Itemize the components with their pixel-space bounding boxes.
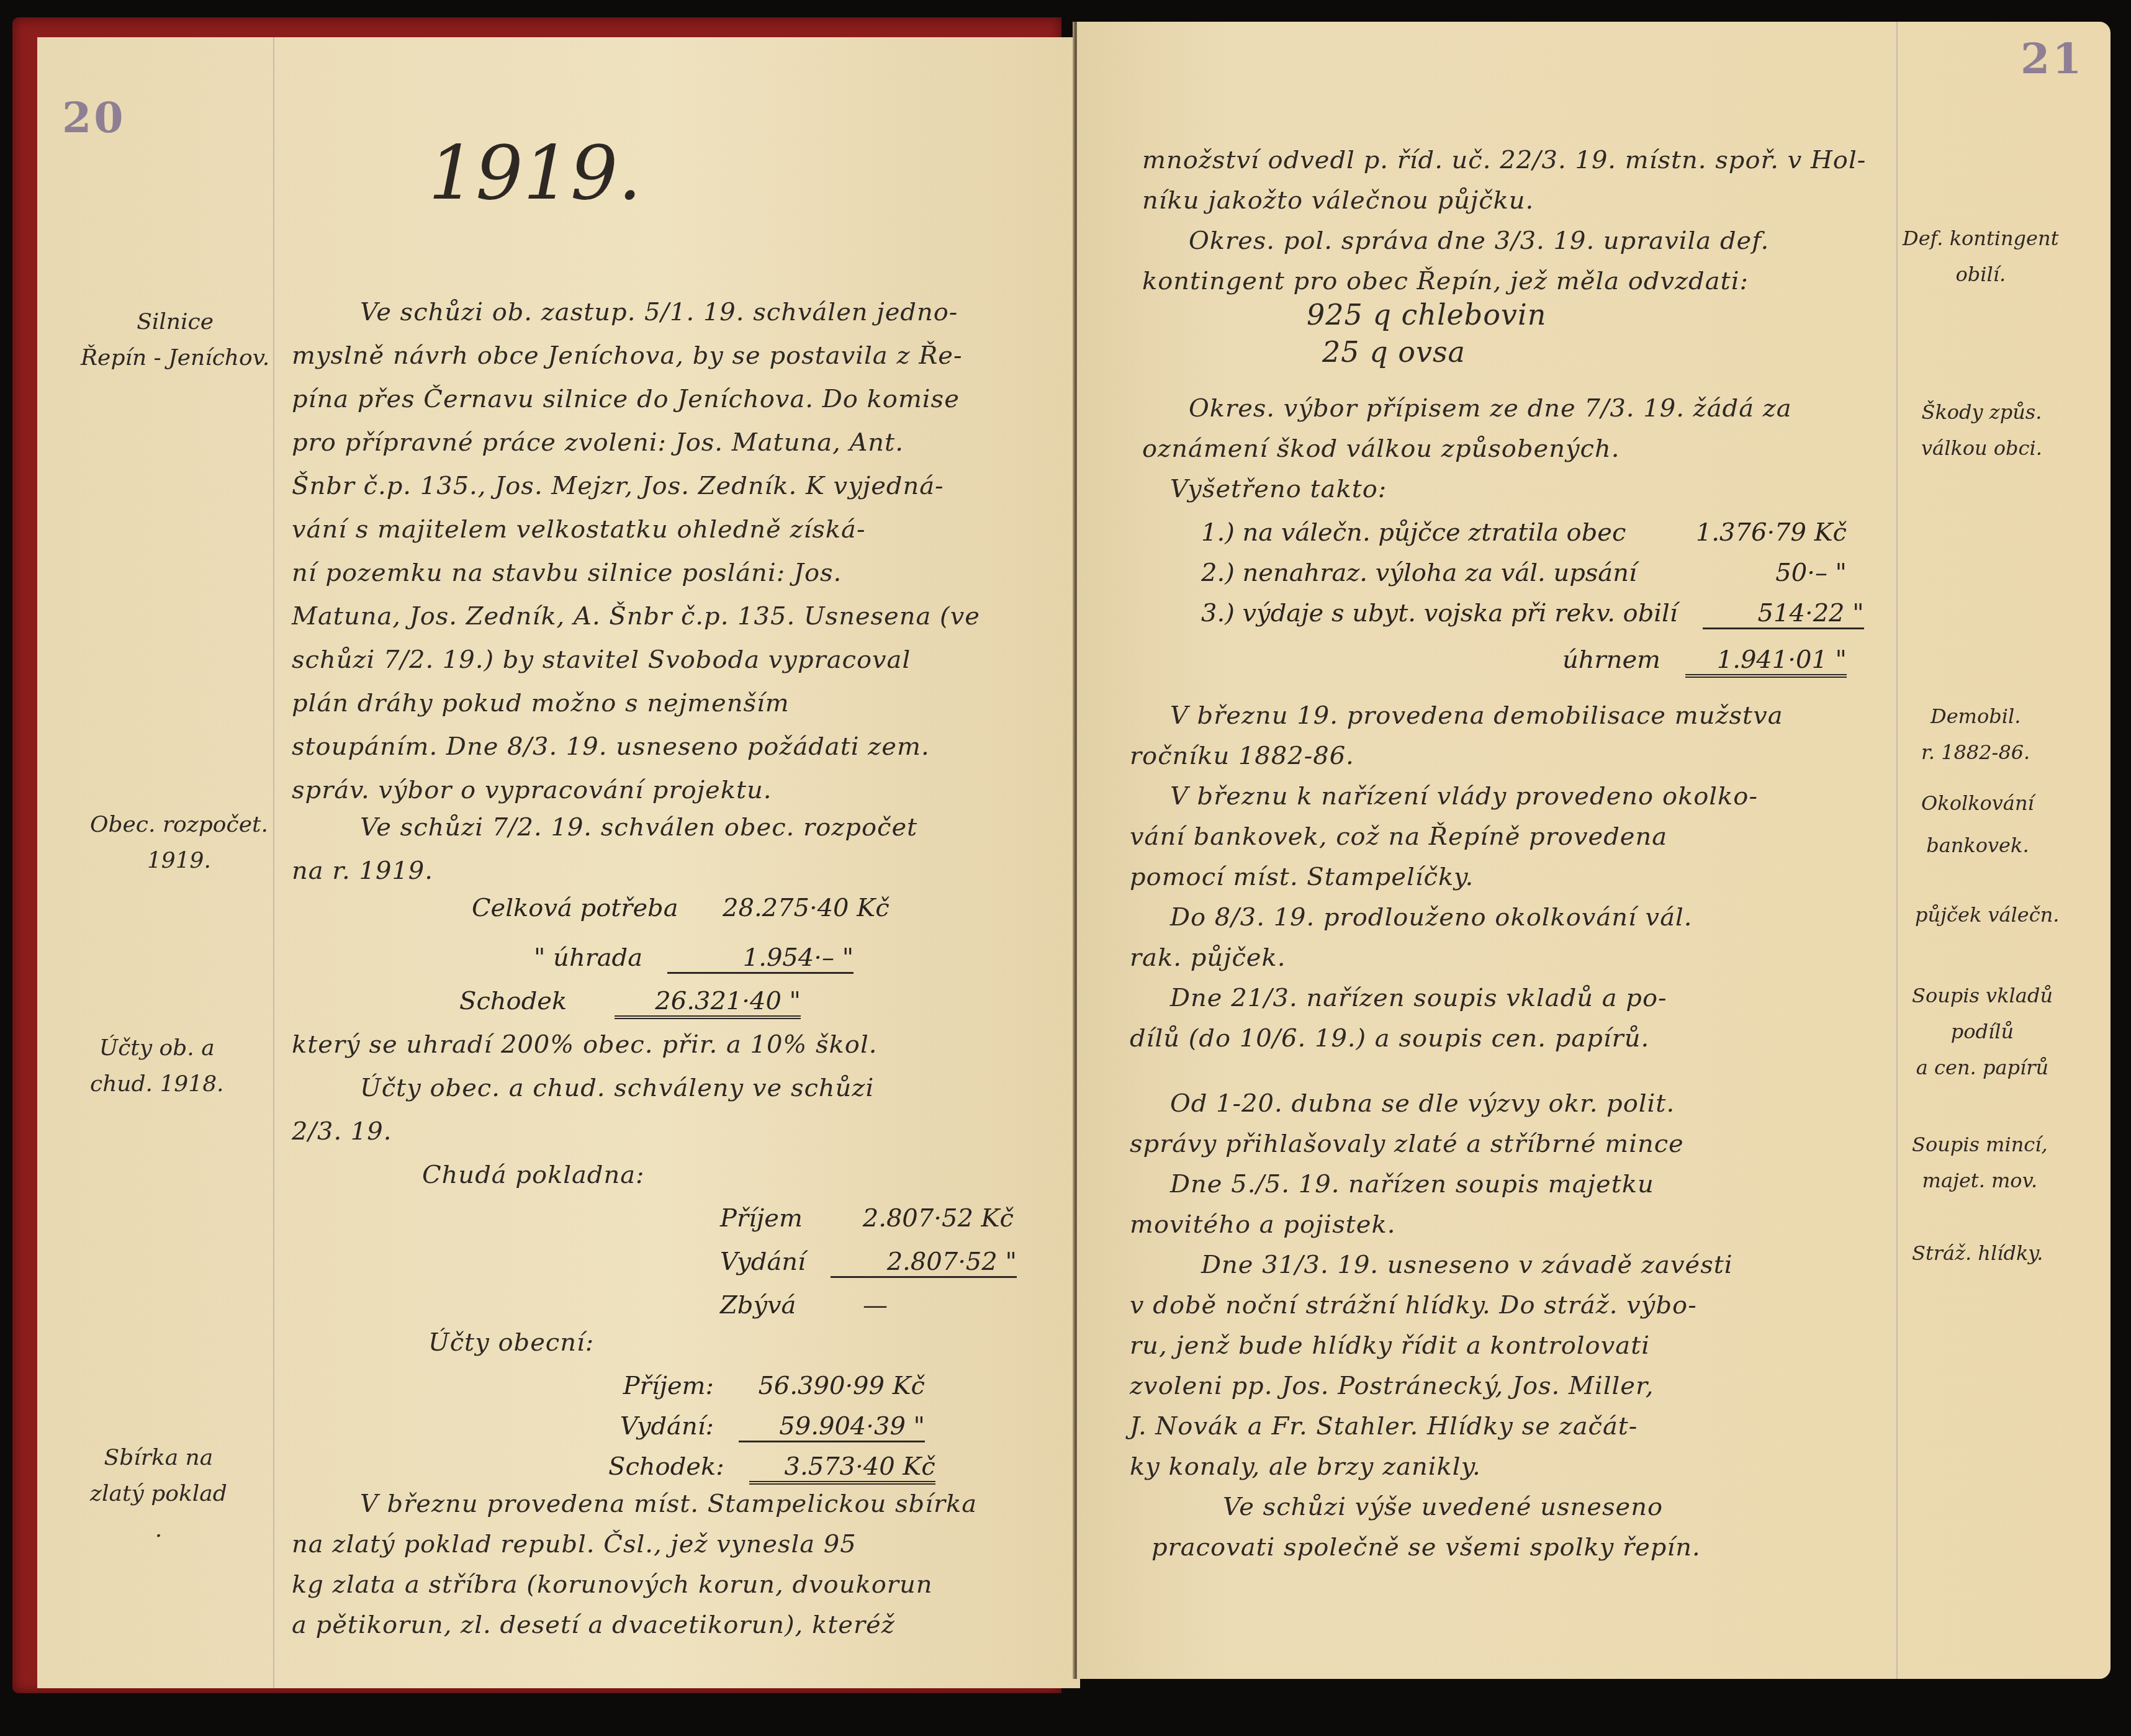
text-line: Dne 5./5. 19. nařízen soupis majetku [1170,1170,1654,1199]
budget-row: Celková potřeba 28.275·40 Kč [472,894,890,922]
damage-value: 1.376·79 Kč [1685,518,1847,547]
text-line: ročníku 1882-86. [1130,742,1354,770]
side-note-contingent: Def. kontingent obilí. [1903,220,2059,292]
budget-value: 28.275·40 Kč [703,894,890,922]
right-page: 21 množství odvedl p. říd. uč. 22/3. 19.… [1077,22,2111,1679]
ledger-label: Schodek: [608,1452,724,1485]
budget-label: Schodek [459,987,590,1019]
left-page: 20 1919. Silnice Řepín - Jeníchov. Obec.… [37,37,1080,1688]
text-line: vání s majitelem velkostatku ohledně zís… [292,515,865,544]
side-note-line: Stráž. hlídky. [1912,1235,2043,1271]
text-line: množství odvedl p. říd. uč. 22/3. 19. mí… [1142,146,1866,174]
side-note-line: Silnice [81,304,269,340]
ledger-label: Příjem [720,1204,803,1233]
damage-label: 3.) výdaje s ubyt. vojska při rekv. obil… [1201,599,1678,629]
text-line: J. Novák a Fr. Stahler. Hlídky se začát- [1130,1412,1638,1441]
side-note-line: Řepín - Jeníchov. [81,340,269,376]
side-note-line: Soupis vkladů [1912,978,2053,1014]
side-note-line: r. 1882-86. [1921,734,2030,770]
text-line: Matuna, Jos. Zedník, A. Šnbr č.p. 135. U… [292,602,980,631]
side-note-line: podílů [1912,1014,2053,1050]
side-note-line: půjček válečn. [1915,897,2059,933]
text-line: dílů (do 10/6. 19.) a soupis cen. papírů… [1130,1024,1649,1053]
text-line: níku jakožto válečnou půjčku. [1142,186,1534,215]
text-line: V březnu 19. provedena demobilisace mužs… [1170,701,1783,730]
text-line: V březnu provedena míst. Stampelickou sb… [360,1490,977,1518]
side-note-line: válkou obci. [1921,430,2042,466]
page-number: 21 [2021,34,2084,84]
side-note-demobilisation: Demobil. r. 1882-86. [1921,698,2030,770]
damage-row: 2.) nenahraz. výloha za vál. upsání 50·–… [1201,559,1847,587]
page-number: 20 [62,93,126,143]
text-line: rak. půjček. [1130,943,1286,972]
text-line: V březnu k nařízení vlády provedeno okol… [1170,782,1758,811]
side-note-coins: Soupis mincí, majet. mov. [1912,1127,2048,1199]
poor-fund-heading: Chudá pokladna: [422,1161,645,1189]
text-line: movitého a pojistek. [1130,1210,1395,1239]
budget-row: Schodek 26.321·40 " [459,987,801,1019]
poor-fund-row: Vydání 2.807·52 " [720,1248,1017,1278]
damage-row: úhrnem 1.941·01 " [1201,645,1847,678]
ledger-value: 59.904·39 " [739,1412,925,1442]
budget-label: " úhrada [534,943,642,974]
side-note-line: 1919. [90,843,268,879]
text-line: ní pozemku na stavbu silnice posláni: Jo… [292,559,842,587]
text-line: v době noční strážní hlídky. Do stráž. v… [1130,1291,1697,1320]
text-line: plán dráhy pokud možno s nejmenším [292,689,790,717]
text-line: Vyšetřeno takto: [1170,475,1387,503]
text-line: kontingent pro obec Řepín, jež měla odvz… [1142,267,1749,295]
ledger-value: 2.807·52 Kč [827,1204,1014,1233]
margin-rule [1896,22,1898,1679]
budget-value: 26.321·40 " [615,987,801,1019]
ledger-label: Příjem: [608,1372,714,1400]
text-line: kg zlata a stříbra (korunových korun, dv… [292,1570,932,1599]
text-line: Dne 21/3. nařízen soupis vkladů a po- [1170,984,1667,1012]
side-note-war-damages: Škody způs. válkou obci. [1921,394,2042,466]
text-line: Od 1-20. dubna se dle výzvy okr. polit. [1170,1089,1675,1118]
text-line: Účty obec. a chud. schváleny ve schůzi [360,1074,874,1102]
side-note-line: bankovek. [1921,824,2034,866]
text-line: ky konaly, ale brzy zanikly. [1130,1452,1481,1481]
year-heading: 1919. [428,130,642,217]
text-line: pro přípravné práce zvoleni: Jos. Matuna… [292,428,904,457]
damage-value: 1.941·01 " [1685,645,1847,678]
text-line: na r. 1919. [292,857,433,885]
side-note-accounts: Účty ob. a chud. 1918. [90,1030,224,1102]
side-note-budget: Obec. rozpočet. 1919. [90,807,268,879]
text-line: správ. výbor o vypracování projektu. [292,776,772,804]
text-line: Ve schůzi ob. zastup. 5/1. 19. schválen … [360,298,958,326]
text-line: 2/3. 19. [292,1117,392,1146]
ledger-label: Zbývá [720,1291,801,1320]
text-line: Do 8/3. 19. prodlouženo okolkování vál. [1170,903,1693,932]
text-line: Ve schůzi 7/2. 19. schválen obec. rozpoč… [360,813,917,842]
side-note-line: Obec. rozpočet. [90,807,268,843]
side-note-line: obilí. [1903,256,2059,292]
side-note-line: chud. 1918. [90,1066,224,1102]
text-line: schůzi 7/2. 19.) by stavitel Svoboda vyp… [292,645,911,674]
text-line: Okres. výbor přípisem ze dne 7/3. 19. žá… [1189,394,1792,423]
side-note-deposits: Soupis vkladů podílů a cen. papírů [1912,978,2053,1086]
text-line: oznámení škod válkou způsobených. [1142,434,1620,463]
municipal-row: Vydání: 59.904·39 " [608,1412,925,1442]
text-line: pína přes Černavu silnice do Jeníchova. … [292,385,960,413]
poor-fund-row: Příjem 2.807·52 Kč [720,1204,1014,1233]
side-note-line: Def. kontingent [1903,220,2059,256]
side-note-line: zlatý poklad [90,1476,227,1512]
text-line: myslně návrh obce Jeníchova, by se posta… [292,341,962,370]
side-note-line: Soupis mincí, [1912,1127,2048,1163]
text-line: Dne 31/3. 19. usneseno v závadě zavésti [1201,1251,1733,1279]
text-line: 925 q chlebovin [1307,298,1546,331]
side-note-line: Sbírka na [90,1440,227,1476]
side-note-line: Škody způs. [1921,394,2042,430]
text-line: Ve schůzi výše uvedené usneseno [1223,1493,1663,1521]
ledger-value: — [826,1291,1049,1320]
budget-row: " úhrada 1.954·– " [534,943,854,974]
side-note-line: Demobil. [1921,698,2030,734]
side-note-line: majet. mov. [1912,1163,2048,1199]
text-line: stoupáním. Dne 8/3. 19. usneseno požádat… [292,732,930,761]
poor-fund-row: Zbývá — [720,1291,1049,1320]
municipal-row: Příjem: 56.390·99 Kč [608,1372,925,1400]
ledger-value: 2.807·52 " [831,1248,1017,1278]
ledger-value: 56.390·99 Kč [739,1372,925,1400]
side-note-line: Účty ob. a [90,1030,224,1066]
damage-label: 1.) na válečn. půjčce ztratila obec [1201,518,1660,547]
damage-label: 2.) nenahraz. výloha za vál. upsání [1201,559,1660,587]
text-line: Šnbr č.p. 135., Jos. Mejzr, Jos. Zedník.… [292,472,944,500]
municipal-row: Schodek: 3.573·40 Kč [608,1452,935,1485]
damage-value: 50·– " [1685,559,1847,587]
side-note-banknotes: Okolkování bankovek. [1921,782,2034,866]
text-line: vání bankovek, což na Řepíně provedena [1130,822,1667,851]
damage-row: 3.) výdaje s ubyt. vojska při rekv. obil… [1201,599,1864,629]
damage-row: 1.) na válečn. půjčce ztratila obec 1.37… [1201,518,1847,547]
text-line: a pětikorun, zl. desetí a dvacetikorun),… [292,1611,895,1639]
text-line: 25 q ovsa [1322,335,1466,369]
side-note-line: a cen. papírů [1912,1050,2053,1086]
ledger-label: Vydání: [608,1412,714,1442]
text-line: ru, jenž bude hlídky řídit a kontrolovat… [1130,1331,1650,1360]
text-line: správy přihlašovaly zlaté a stříbrné min… [1130,1130,1684,1158]
text-line: na zlatý poklad republ. Čsl., jež vynesl… [292,1530,857,1558]
text-line: pracovati společně se všemi spolky řepín… [1151,1533,1701,1562]
damage-value: 514·22 " [1703,599,1864,629]
side-note-night-watch: Stráž. hlídky. [1912,1235,2043,1271]
budget-value: 1.954·– " [667,943,854,974]
text-line: zvoleni pp. Jos. Postránecký, Jos. Mille… [1130,1372,1654,1400]
side-note-line: . [90,1512,227,1548]
side-note-road: Silnice Řepín - Jeníchov. [81,304,269,376]
text-line: pomocí míst. Stampelíčky. [1130,863,1474,891]
text-line: Okres. pol. správa dne 3/3. 19. upravila… [1189,227,1769,255]
side-note-line: Okolkování [1921,782,2034,824]
damage-label: úhrnem [1201,645,1660,678]
text-line: který se uhradí 200% obec. přir. a 10% š… [292,1030,877,1059]
ledger-value: 3.573·40 Kč [749,1452,935,1485]
margin-rule [273,37,274,1688]
side-note-war-loans: půjček válečn. [1915,897,2059,933]
ledger-label: Vydání [720,1248,806,1278]
side-note-collection: Sbírka na zlatý poklad . [90,1440,227,1548]
budget-label: Celková potřeba [472,894,678,922]
municipal-accounts-heading: Účty obecní: [428,1328,594,1357]
